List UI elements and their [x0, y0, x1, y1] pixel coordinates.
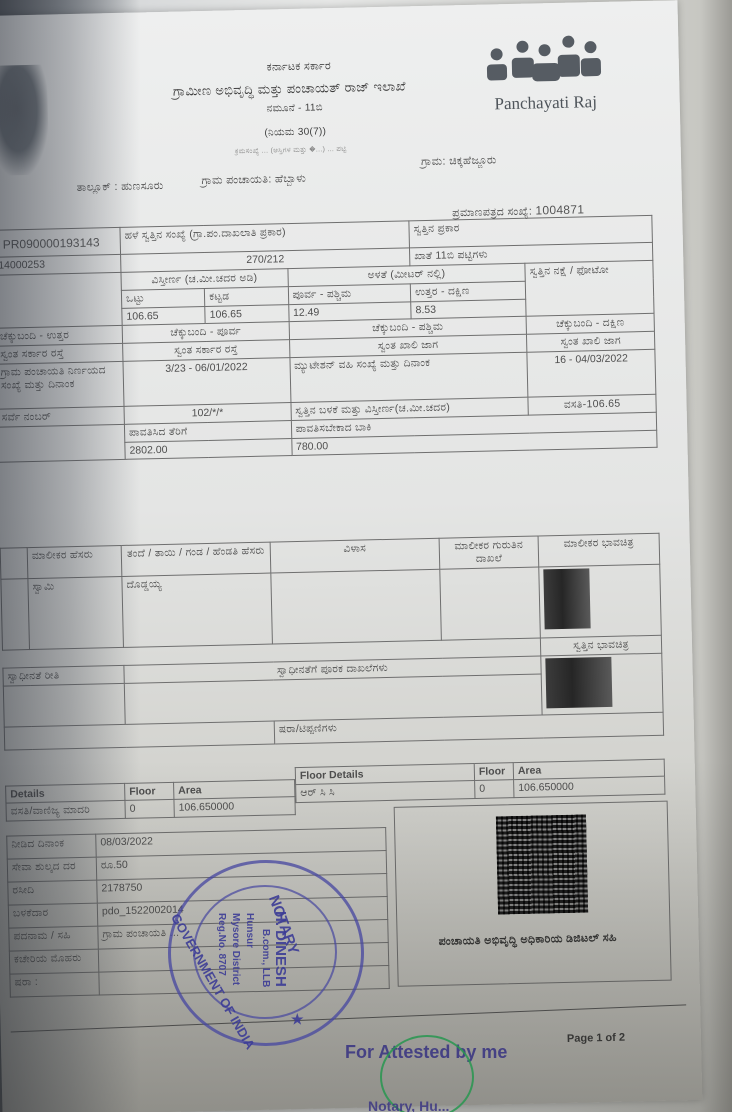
floor-value: 0	[475, 780, 514, 799]
map-label: ಸ್ವತ್ತಿನ ನಕ್ಷೆ / ಫೋಟೋ	[525, 260, 654, 316]
receipt-label: ರಸೀದಿ	[8, 880, 97, 905]
id-doc-header: ಮಾಲೀಕರ ಗುರುತಿನ ದಾಖಲೆ	[439, 536, 539, 569]
people-group-icon	[484, 32, 605, 90]
floor-details-right: Floor Details Floor Area ಆರ್ ಸಿ ಸಿ 0 106…	[295, 759, 666, 803]
logo-text: Panchayati Raj	[486, 92, 606, 115]
owner-table: ಮಾಲೀಕರ ಹೆಸರು ತಂದೆ / ತಾಯಿ / ಗಂಡ / ಹೆಂಡತಿ …	[0, 533, 664, 751]
address-header: ವಿಳಾಸ	[270, 538, 440, 573]
panchayat-label: ಗ್ರಾಮ ಪಂಚಾಯತಿ: ಹೆಬ್ಬಾಳು	[201, 173, 306, 188]
tax-paid: 2802.00	[125, 439, 292, 460]
page-border-bottom	[11, 1004, 686, 1032]
qr-code	[496, 814, 588, 914]
cell-empty	[0, 548, 28, 580]
owner-photo-cell	[539, 564, 662, 638]
certificate-number: 1004871	[535, 202, 584, 217]
user-label: ಬಳಕೆದಾರ	[8, 903, 97, 928]
owner-address	[271, 569, 442, 644]
stamp-place: Hunsur	[244, 913, 255, 948]
stamp-name: H. DINESH	[272, 911, 289, 987]
taluk-label: ತಾಲ್ಲೂಕ್ : ಹುಣಸೂರು	[76, 180, 163, 195]
mutation-value: 16 - 04/03/2022	[527, 349, 656, 397]
remarks-label: ಷರಾ :	[10, 972, 99, 997]
notary-stamp: NOTARY GOVERNMENT OF INDIA H. DINESH B.c…	[168, 860, 364, 1046]
relation-header: ತಂದೆ / ತಾಯಿ / ಗಂಡ / ಹೆಂಡತಿ ಹೆಸರು	[121, 542, 271, 576]
floor-details-left: Details Floor Area ವಸತಿ/ವಾಣಿಜ್ಯ ಮಾದರಿ 0 …	[5, 779, 296, 822]
cell-empty	[0, 227, 121, 257]
area-value: 106.650000	[514, 776, 665, 797]
cell-empty	[0, 424, 125, 462]
form-name: ನಮೂನೆ - 11ಬಿ	[220, 101, 370, 115]
area-value: 106.650000	[174, 797, 295, 818]
built-label: ಕಟ್ಟಡ	[205, 287, 289, 307]
panchayati-raj-logo: Panchayati Raj	[484, 32, 606, 115]
department-title: ಗ್ರಾಮೀಣ ಅಭಿವೃದ್ಧಿ ಮತ್ತು ಪಂಚಾಯತ್ ರಾಜ್ ಇಲಾ…	[99, 77, 479, 102]
mutation-label: ಮ್ಯುಟೇಶನ್ ವಹಿ ಸಂಖ್ಯೆ ಮತ್ತು ದಿನಾಂಕ	[290, 352, 529, 402]
rule-reference: (ನಿಯಮ 30(7))	[220, 125, 370, 139]
cell-empty	[1, 579, 30, 651]
government-title: ಕರ್ನಾಟಕ ಸರ್ಕಾರ	[209, 59, 389, 76]
notary-caption: Notary, Hu...	[368, 1098, 449, 1112]
owner-name: ಸ್ವಾಮಿ	[28, 576, 124, 649]
cell-empty	[3, 683, 125, 727]
stamp-reg: Reg.No. 8707	[216, 913, 227, 976]
karnataka-emblem-icon	[0, 65, 49, 176]
cell-empty	[0, 272, 122, 328]
designation-label: ಪದನಾಮ / ಸಹಿ	[9, 926, 98, 951]
stamp-district: Mysore District	[230, 913, 241, 985]
stamp-degree: B.com., LLB	[260, 929, 271, 987]
floor-header: Floor	[474, 763, 513, 781]
floor-row-label: ಆರ್ ಸಿ ಸಿ	[296, 781, 475, 803]
fee-label: ಸೇವಾ ಶುಲ್ಕದ ದರ	[7, 857, 96, 882]
owner-name-header: ಮಾಲೀಕರ ಹೆಸರು	[27, 545, 122, 578]
page-number: Page 1 of 2	[567, 1032, 625, 1045]
total-label: ಒಟ್ಟು	[121, 289, 205, 309]
resolution-value: 3/23 - 06/01/2022	[123, 358, 291, 407]
owner-id-doc	[440, 567, 541, 640]
owner-photo-header: ಮಾಲೀಕರ ಭಾವಚಿತ್ರ	[538, 533, 660, 567]
village-label: ಗ್ರಾಮ: ಚಿಕ್ಕಹೆಜ್ಜೂರು	[421, 154, 497, 169]
owner-relation: ದೊಡ್ಡಯ್ಯ	[122, 573, 273, 647]
property-photo-cell	[541, 653, 663, 715]
property-details-table: ಹಳೆ ಸ್ವತ್ತಿನ ಸಂಖ್ಯೆ (ಗ್ರಾ.ಪಂ.ದಾಖಲಾತಿ ಪ್ರ…	[0, 215, 658, 463]
issue-date-label: ನೀಡಿದ ದಿನಾಂಕ	[7, 834, 96, 859]
seal-label: ಕಚೇರಿಯ ಮೊಹರು	[9, 949, 98, 974]
property-photo	[545, 657, 612, 708]
total-area: 106.65	[122, 306, 206, 325]
floor-value: 0	[125, 799, 174, 818]
built-area: 106.65	[205, 305, 289, 324]
star-icon: ★	[291, 1011, 304, 1028]
cell-empty	[4, 721, 274, 750]
floor-header: Floor	[125, 782, 174, 800]
resolution-label: ಗ್ರಾಮ ಪಂಚಾಯತಿ ನಿರ್ಣಯದ ಸಂಖ್ಯೆ ಮತ್ತು ದಿನಾಂ…	[0, 361, 124, 409]
floor-row-label: ವಸತಿ/ವಾಣಿಜ್ಯ ಮಾದರಿ	[6, 800, 125, 821]
owner-photo	[543, 568, 590, 629]
